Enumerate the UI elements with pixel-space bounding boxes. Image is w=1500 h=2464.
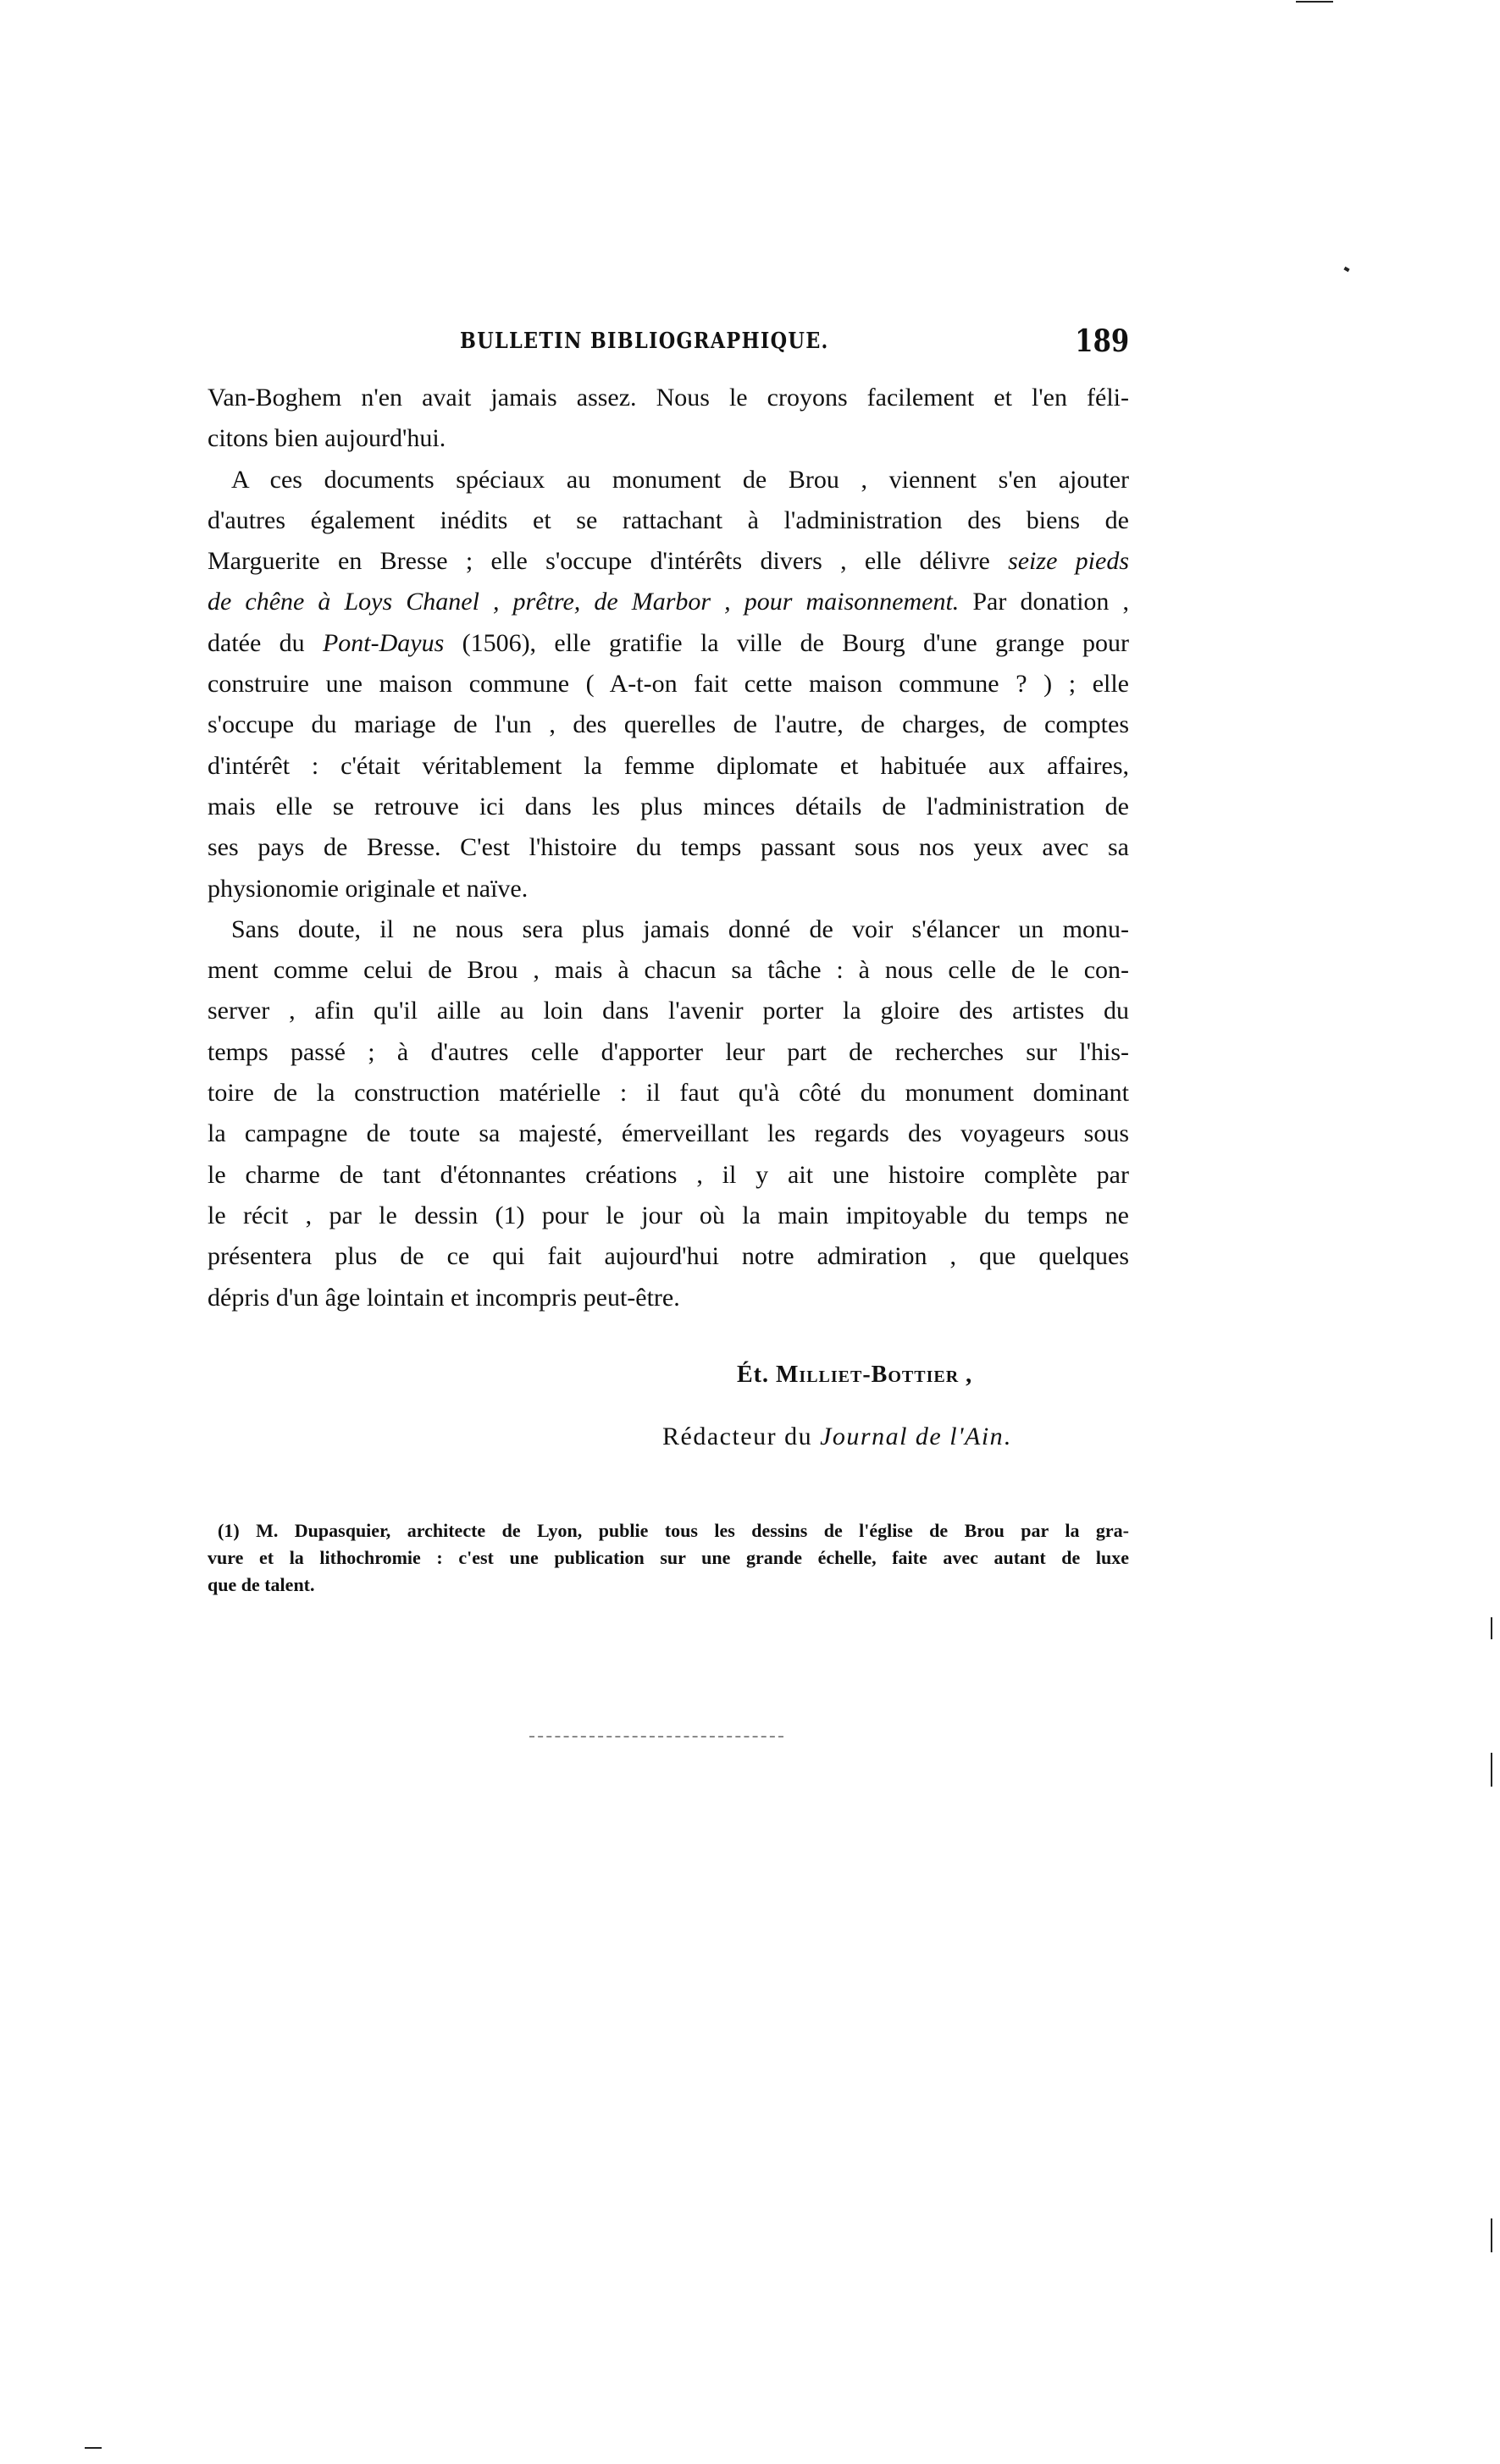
footnote: (1) M. Dupasquier, architecte de Lyon, p… <box>208 1517 1129 1599</box>
scanned-page: BULLETIN BIBLIOGRAPHIQUE. 189 Van-Boghem… <box>0 0 1500 2464</box>
text-line: dépris d'un âge lointain et incompris pe… <box>208 1278 1129 1318</box>
text-run: (1506), elle gratifie la ville de Bourg … <box>444 629 1129 657</box>
page-number: 189 <box>1075 323 1129 359</box>
text-line: s'occupe du mariage de l'un , des querel… <box>208 704 1129 745</box>
text-line: ses pays de Bresse. C'est l'histoire du … <box>208 827 1129 868</box>
text-run: Par donation , <box>959 588 1129 616</box>
journal-title: Journal de l'Ain <box>820 1423 1004 1450</box>
text-line: temps passé ; à d'autres celle d'apporte… <box>208 1032 1129 1073</box>
body-text: Van-Boghem n'en avait jamais assez. Nous… <box>208 378 1129 1318</box>
running-head: BULLETIN BIBLIOGRAPHIQUE. 189 <box>208 329 1129 362</box>
text-line: physionomie originale et naïve. <box>208 869 1129 909</box>
footnote-line: vure et la lithochromie : c'est une publ… <box>208 1544 1129 1572</box>
role-text: Rédacteur du <box>662 1423 820 1450</box>
author-signature: Ét. Milliet-Bottier , <box>737 1362 972 1389</box>
signature-prefix: Ét. <box>737 1362 776 1388</box>
text-run: Marguerite en Bresse ; elle s'occupe d'i… <box>208 547 1008 575</box>
text-line: la campagne de toute sa majesté, émervei… <box>208 1113 1129 1154</box>
scan-edge-mark <box>85 2447 102 2449</box>
scan-edge-mark <box>1491 1753 1492 1787</box>
text-line: d'intérêt : c'était véritablement la fem… <box>208 746 1129 787</box>
text-line: Van-Boghem n'en avait jamais assez. Nous… <box>208 378 1129 418</box>
end-rule-divider <box>529 1736 783 1738</box>
text-line: le charme de tant d'étonnantes créations… <box>208 1155 1129 1196</box>
text-line: construire une maison commune ( A-t-on f… <box>208 664 1129 704</box>
text-line: toire de la construction matérielle : il… <box>208 1073 1129 1113</box>
text-line: citons bien aujourd'hui. <box>208 418 1129 459</box>
italic-run: Pont-Dayus <box>323 629 444 657</box>
running-title: BULLETIN BIBLIOGRAPHIQUE. <box>460 329 829 354</box>
author-name: Milliet-Bottier <box>776 1362 959 1388</box>
text-run: datée du <box>208 629 323 657</box>
author-role: Rédacteur du Journal de l'Ain. <box>662 1423 1011 1451</box>
signature-suffix: , <box>959 1362 972 1388</box>
paragraph-start-line: Sans doute, il ne nous sera plus jamais … <box>208 909 1129 950</box>
text-line: d'autres également inédits et se rattach… <box>208 500 1129 541</box>
text-line: Marguerite en Bresse ; elle s'occupe d'i… <box>208 541 1129 582</box>
scan-speck <box>1343 267 1349 272</box>
footnote-line: que de talent. <box>208 1572 1129 1599</box>
scan-edge-mark <box>1491 2218 1492 2252</box>
text-line: présentera plus de ce qui fait aujourd'h… <box>208 1236 1129 1277</box>
scan-edge-mark <box>1318 1 1333 3</box>
footnote-line: (1) M. Dupasquier, architecte de Lyon, p… <box>208 1517 1129 1544</box>
text-line: ment comme celui de Brou , mais à chacun… <box>208 950 1129 991</box>
role-end: . <box>1004 1423 1011 1450</box>
text-line: le récit , par le dessin (1) pour le jou… <box>208 1196 1129 1236</box>
text-line: de chêne à Loys Chanel , prêtre, de Marb… <box>208 582 1129 622</box>
italic-run: seize pieds <box>1008 547 1129 575</box>
paragraph-start-line: A ces documents spéciaux au monument de … <box>208 460 1129 500</box>
text-line: datée du Pont-Dayus (1506), elle gratifi… <box>208 623 1129 664</box>
text-line: server , afin qu'il aille au loin dans l… <box>208 991 1129 1031</box>
text-line: mais elle se retrouve ici dans les plus … <box>208 787 1129 827</box>
scan-edge-mark <box>1491 1617 1492 1639</box>
italic-run: de chêne à Loys Chanel , prêtre, de Marb… <box>208 588 959 616</box>
